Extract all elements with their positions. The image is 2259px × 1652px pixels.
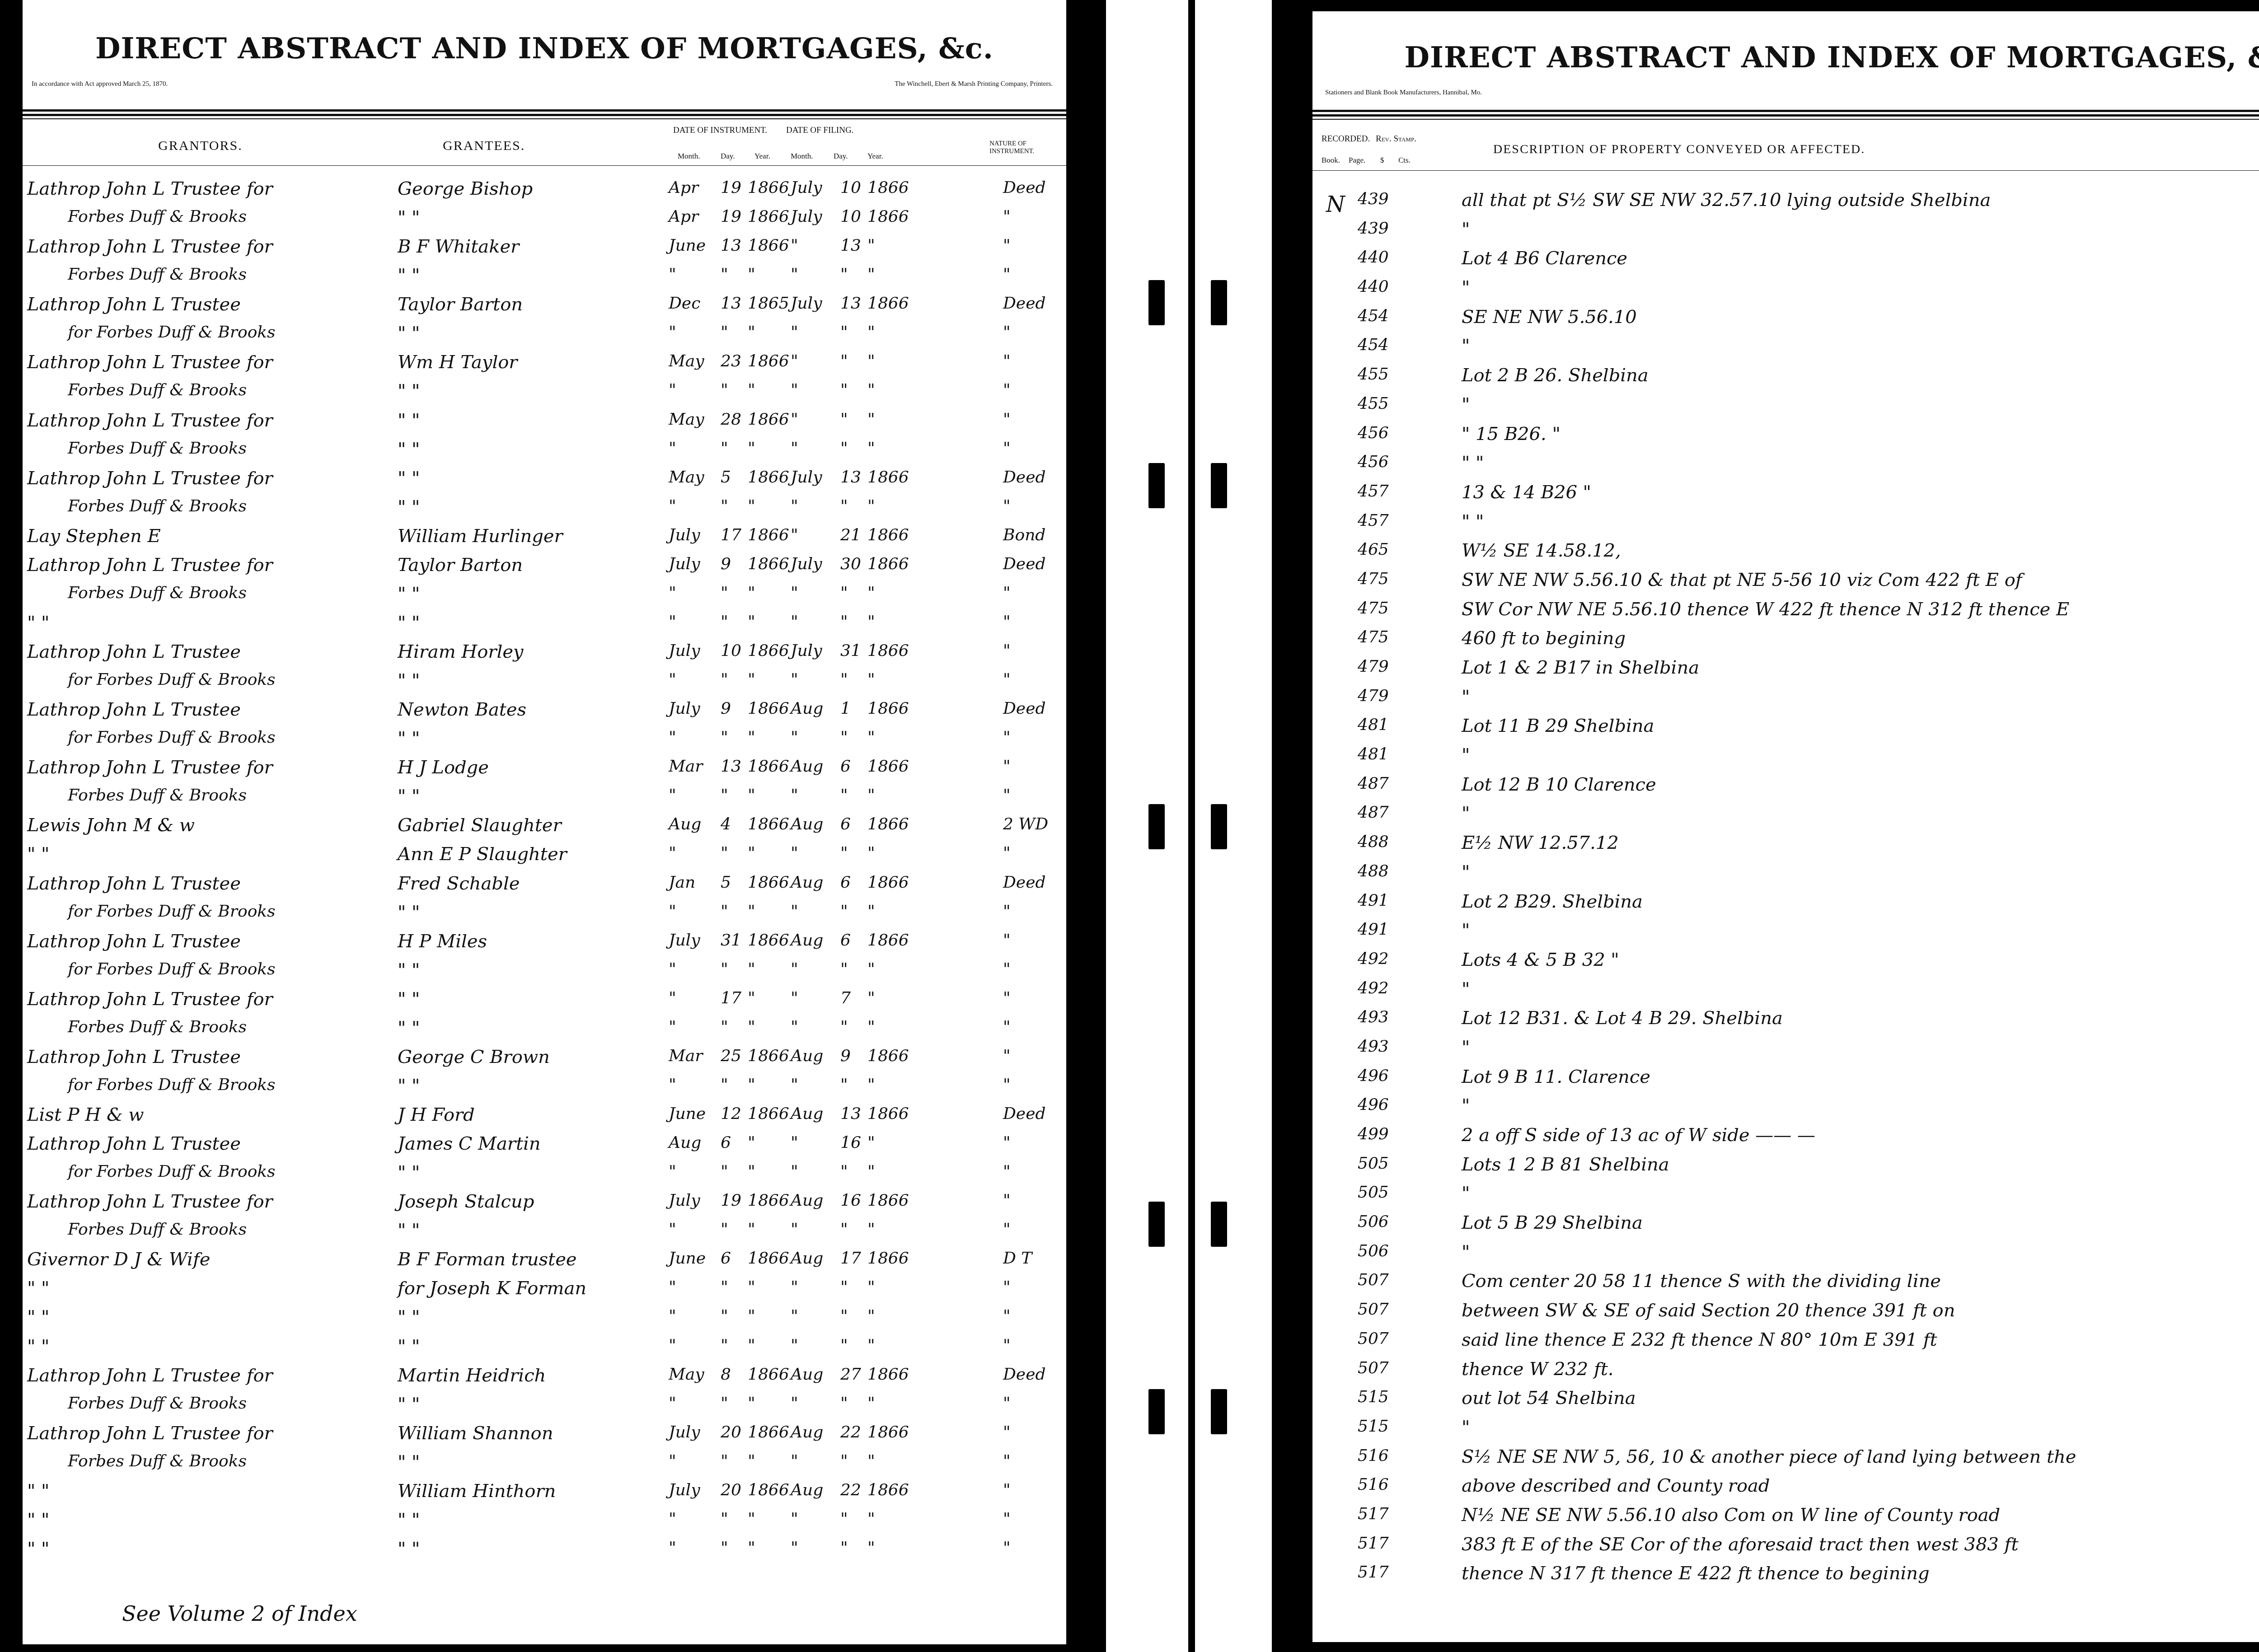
grantee-name: George C Brown [398, 1047, 550, 1067]
filing-month: " [791, 381, 798, 399]
instrument-month: " [669, 1307, 676, 1325]
record-page-number: 487 [1358, 803, 1389, 822]
grantee-name: " " [398, 439, 420, 460]
grantor-name: Forbes Duff & Brooks [68, 1220, 247, 1239]
record-page-number: 475 [1358, 628, 1389, 646]
record-page-number: 496 [1358, 1067, 1389, 1085]
property-description: Lot 1 & 2 B17 in Shelbina [1462, 657, 1699, 678]
filing-month: " [791, 1307, 798, 1325]
grantee-name: " " [398, 381, 420, 402]
instrument-year: " [748, 1510, 755, 1528]
filing-month: " [791, 410, 798, 429]
property-description: " [1462, 1037, 1470, 1058]
filing-year: " [867, 1307, 875, 1325]
instrument-nature: " [1003, 236, 1011, 255]
instrument-month: June [669, 1104, 706, 1123]
instrument-nature: " [1003, 1481, 1011, 1499]
property-description: 2 a off S side of 13 ac of W side —— — [1462, 1125, 1815, 1146]
grantee-name: William Hurlinger [398, 526, 563, 547]
record-page-number: 475 [1358, 599, 1389, 618]
instrument-nature: Deed [1003, 178, 1046, 197]
filing-day: 31 [840, 641, 861, 660]
record-page-number: 465 [1358, 540, 1389, 559]
instrument-year: " [748, 1394, 755, 1413]
grantee-name: " " [398, 1510, 420, 1530]
record-page-number: 507 [1358, 1271, 1389, 1289]
grantor-name: " " [27, 1278, 50, 1299]
instrument-nature: D T [1003, 1249, 1032, 1268]
filing-month: " [791, 265, 798, 284]
grantor-name: for Forbes Duff & Brooks [68, 728, 276, 747]
property-description: " [1462, 219, 1470, 240]
grantee-name: " " [398, 1394, 420, 1415]
record-page-number: 507 [1358, 1300, 1389, 1319]
filing-month: July [791, 207, 822, 226]
filing-month: " [791, 497, 798, 515]
instrument-month: " [669, 786, 676, 805]
record-page-number: 454 [1358, 307, 1389, 325]
instrument-month: May [669, 410, 704, 429]
filing-day: 27 [840, 1365, 861, 1384]
instrument-day: " [721, 728, 728, 747]
instrument-month: July [669, 555, 700, 573]
property-description: Lot 5 B 29 Shelbina [1462, 1212, 1643, 1233]
instrument-nature: " [1003, 786, 1011, 805]
filing-day: " [840, 844, 848, 862]
instrument-year: " [748, 1336, 755, 1355]
grantor-name: Lay Stephen E [27, 526, 161, 547]
record-page-number: 481 [1358, 745, 1389, 763]
instrument-month: " [669, 844, 676, 862]
record-page-number: 492 [1358, 979, 1389, 997]
instrument-day: " [721, 1394, 728, 1413]
grantor-name: Forbes Duff & Brooks [68, 1018, 247, 1036]
instrument-day: " [721, 902, 728, 921]
filing-day: " [840, 1162, 848, 1181]
record-page-number: 456 [1358, 424, 1389, 442]
property-description: " [1462, 1183, 1470, 1204]
grantor-name: Lathrop John L Trustee for [27, 1191, 273, 1212]
instrument-year: 1866 [748, 468, 789, 487]
filing-day: 22 [840, 1423, 861, 1441]
instrument-day: " [721, 323, 728, 342]
filing-year: " [867, 323, 875, 342]
grantor-name: for Forbes Duff & Brooks [68, 902, 276, 921]
grantor-name: Lathrop John L Trustee for [27, 555, 273, 576]
instrument-nature: " [1003, 1307, 1011, 1325]
grantor-name: List P H & w [27, 1104, 144, 1125]
column-header-page: Page. [1349, 156, 1365, 165]
instrument-day: " [721, 439, 728, 458]
filing-day: 22 [840, 1481, 861, 1499]
instrument-month: July [669, 641, 700, 660]
grantee-name: B F Forman trustee [398, 1249, 577, 1270]
property-description: Lots 1 2 B 81 Shelbina [1462, 1154, 1669, 1175]
grantee-name: " " [398, 584, 420, 604]
grantor-name: Lathrop John L Trustee for [27, 352, 273, 373]
grantee-name: " " [398, 1336, 420, 1357]
filing-month: Aug [791, 757, 823, 776]
record-page-number: 515 [1358, 1388, 1389, 1406]
instrument-month: July [669, 526, 700, 544]
instrument-day: " [721, 670, 728, 689]
instrument-month: May [669, 1365, 704, 1384]
binding-hole [1148, 1202, 1165, 1247]
instrument-year: " [748, 323, 755, 342]
instrument-month: " [669, 728, 676, 747]
imprint-printer: The Winchell, Ebert & Marsh Printing Com… [895, 80, 1053, 88]
instrument-day: 8 [721, 1365, 731, 1384]
grantee-name: " " [398, 1452, 420, 1473]
column-header-recorded: RECORDED. [1322, 134, 1370, 144]
grantor-name: " " [27, 1336, 50, 1357]
filing-day: " [840, 439, 848, 458]
record-page-number: 507 [1358, 1359, 1389, 1377]
grantee-name: " " [398, 323, 420, 344]
property-description: SW Cor NW NE 5.56.10 thence W 422 ft the… [1462, 599, 2069, 620]
instrument-day: " [721, 960, 728, 978]
grantee-name: " " [398, 1162, 420, 1183]
instrument-day: " [721, 584, 728, 602]
instrument-year: " [748, 584, 755, 602]
grantor-name: Lathrop John L Trustee for [27, 178, 273, 199]
column-header-date-instrument: DATE OF INSTRUMENT. [673, 126, 767, 136]
filing-day: " [840, 352, 848, 370]
filing-day: 30 [840, 555, 861, 573]
instrument-day: " [721, 1452, 728, 1470]
record-page-number: 439 [1358, 190, 1389, 208]
column-header-nature: NATURE OF INSTRUMENT. [989, 140, 1066, 155]
instrument-month: July [669, 1481, 700, 1499]
instrument-day: 13 [721, 757, 741, 776]
instrument-nature: Deed [1003, 555, 1046, 573]
filing-month: " [791, 1162, 798, 1181]
instrument-nature: " [1003, 1423, 1011, 1441]
filing-day: 13 [840, 294, 861, 313]
grantee-name: Martin Heidrich [398, 1365, 546, 1386]
instrument-nature: " [1003, 1394, 1011, 1413]
left-ledger-page: DIRECT ABSTRACT AND INDEX OF MORTGAGES, … [23, 0, 1066, 1644]
filing-month: " [791, 352, 798, 370]
instrument-month: " [669, 323, 676, 342]
record-page-number: 516 [1358, 1475, 1389, 1494]
property-description: " [1462, 277, 1470, 298]
header-rule [1312, 170, 2259, 171]
record-page-number: 491 [1358, 891, 1389, 910]
instrument-month: " [669, 1076, 676, 1094]
filing-day: 6 [840, 815, 851, 833]
filing-day: 6 [840, 873, 851, 892]
property-description: between SW & SE of said Section 20 thenc… [1462, 1300, 1955, 1321]
grantee-name: " " [398, 468, 420, 489]
instrument-nature: " [1003, 439, 1011, 458]
filing-month: " [791, 439, 798, 458]
column-header-month: Month. [791, 152, 813, 161]
instrument-month: " [669, 1162, 676, 1181]
instrument-day: " [721, 1018, 728, 1036]
grantor-name: Lathrop John L Trustee for [27, 410, 273, 431]
grantee-name: " " [398, 902, 420, 923]
grantee-name: Fred Schable [398, 873, 520, 894]
instrument-day: 9 [721, 699, 731, 718]
binding-hole [1211, 1389, 1227, 1434]
filing-year: " [867, 1394, 875, 1413]
filing-day: 13 [840, 236, 861, 255]
instrument-day: 19 [721, 207, 741, 226]
filing-day: " [840, 1076, 848, 1094]
instrument-month: " [669, 1394, 676, 1413]
grantee-name: " " [398, 497, 420, 518]
instrument-month: Apr [669, 207, 698, 226]
filing-year: " [867, 381, 875, 399]
instrument-year: " [748, 1018, 755, 1036]
record-page-number: 506 [1358, 1242, 1389, 1260]
instrument-day: " [721, 1510, 728, 1528]
filing-year: " [867, 786, 875, 805]
record-page-number: 517 [1358, 1563, 1389, 1582]
instrument-day: 23 [721, 352, 741, 370]
instrument-month: " [669, 960, 676, 978]
instrument-day: " [721, 497, 728, 515]
grantee-name: " " [398, 728, 420, 749]
binding-hole [1211, 1202, 1227, 1247]
grantor-name: Lathrop John L Trustee [27, 699, 241, 720]
record-page-number: 456 [1358, 453, 1389, 471]
record-page-number: 481 [1358, 716, 1389, 734]
filing-month: Aug [791, 1423, 823, 1441]
column-header-day: Day. [721, 152, 735, 161]
filing-year: 1866 [867, 178, 909, 197]
grantee-name: James C Martin [398, 1133, 541, 1154]
property-description: Lot 11 B 29 Shelbina [1462, 716, 1654, 736]
grantee-name: " " [398, 1220, 420, 1241]
filing-day: " [840, 1336, 848, 1355]
column-header-cents: Cts. [1398, 156, 1411, 165]
record-page-number: 440 [1358, 248, 1389, 267]
instrument-year: " [748, 265, 755, 284]
instrument-nature: " [1003, 613, 1011, 631]
grantor-name: Forbes Duff & Brooks [68, 207, 247, 226]
instrument-day: 31 [721, 931, 741, 950]
instrument-month: " [669, 381, 676, 399]
column-header-grantees: GRANTEES. [443, 138, 525, 154]
filing-month: July [791, 178, 822, 197]
grantor-name: Lathrop John L Trustee [27, 294, 241, 315]
filing-day: " [840, 1307, 848, 1325]
instrument-year: " [748, 989, 755, 1007]
grantor-name: for Forbes Duff & Brooks [68, 1162, 276, 1181]
filing-year: 1866 [867, 757, 909, 776]
instrument-day: " [721, 1076, 728, 1094]
record-page-number: 505 [1358, 1154, 1389, 1173]
instrument-month: " [669, 497, 676, 515]
instrument-day: 17 [721, 989, 741, 1007]
filing-year: " [867, 1220, 875, 1239]
grantee-name: " " [398, 207, 420, 228]
filing-year: " [867, 410, 875, 429]
instrument-day: 13 [721, 294, 741, 313]
property-description: " [1462, 394, 1470, 415]
filing-year: " [867, 1510, 875, 1528]
instrument-year: " [748, 613, 755, 631]
property-description: out lot 54 Shelbina [1462, 1388, 1636, 1409]
filing-year: " [867, 1133, 875, 1152]
grantor-name: " " [27, 613, 50, 633]
instrument-nature: Deed [1003, 1104, 1046, 1123]
instrument-year: 1866 [748, 815, 789, 833]
instrument-year: " [748, 902, 755, 921]
grantor-name: Lathrop John L Trustee for [27, 236, 273, 257]
instrument-day: " [721, 1539, 728, 1557]
right-ledger-page: DIRECT ABSTRACT AND INDEX OF MORTGAGES, … [1312, 11, 2259, 1642]
grantee-name: Wm H Taylor [398, 352, 517, 373]
record-page-number: 455 [1358, 365, 1389, 384]
filing-day: 21 [840, 526, 861, 544]
column-header-date-filing: DATE OF FILING. [786, 126, 853, 136]
filing-day: 17 [840, 1249, 861, 1268]
instrument-day: 20 [721, 1481, 741, 1499]
filing-day: 13 [840, 1104, 861, 1123]
property-description: " [1462, 1095, 1470, 1116]
instrument-nature: " [1003, 1278, 1011, 1296]
instrument-day: 5 [721, 468, 731, 487]
property-description: " [1462, 1242, 1470, 1263]
filing-year: 1866 [867, 555, 909, 573]
record-page-number: 517 [1358, 1534, 1389, 1553]
grantee-name: William Shannon [398, 1423, 553, 1444]
instrument-nature: Deed [1003, 468, 1046, 487]
grantor-name: " " [27, 1539, 50, 1559]
filing-year: " [867, 1452, 875, 1470]
filing-day: " [840, 584, 848, 602]
filing-year: " [867, 584, 875, 602]
property-description: Lot 4 B6 Clarence [1462, 248, 1627, 269]
binding-hole [1148, 804, 1165, 849]
grantor-name: for Forbes Duff & Brooks [68, 323, 276, 342]
property-description: 460 ft to begining [1462, 628, 1626, 649]
instrument-day: 6 [721, 1249, 731, 1268]
record-page-number: 499 [1358, 1125, 1389, 1143]
record-page-number: 517 [1358, 1505, 1389, 1523]
record-page-number: 492 [1358, 950, 1389, 968]
grantee-name: Taylor Barton [398, 294, 523, 315]
filing-month: July [791, 468, 822, 487]
filing-month: " [791, 584, 798, 602]
grantor-name: Lathrop John L Trustee for [27, 468, 273, 489]
instrument-nature: " [1003, 931, 1011, 950]
property-description: Com center 20 58 11 thence S with the di… [1462, 1271, 1941, 1292]
instrument-day: 20 [721, 1423, 741, 1441]
filing-month: " [791, 728, 798, 747]
instrument-nature: " [1003, 1510, 1011, 1528]
instrument-nature: Bond [1003, 526, 1045, 544]
grantor-name: Lathrop John L Trustee [27, 641, 241, 662]
filing-month: " [791, 844, 798, 862]
instrument-day: " [721, 265, 728, 284]
filing-year: 1866 [867, 1047, 909, 1065]
filing-day: 16 [840, 1133, 861, 1152]
instrument-year: 1866 [748, 352, 789, 370]
filing-day: " [840, 902, 848, 921]
filing-month: " [791, 1394, 798, 1413]
filing-month: " [791, 1133, 798, 1152]
instrument-nature: " [1003, 1047, 1011, 1065]
property-description: thence W 232 ft. [1462, 1359, 1614, 1380]
filing-day: " [840, 1510, 848, 1528]
grantor-name: Forbes Duff & Brooks [68, 439, 247, 458]
filing-year: 1866 [867, 873, 909, 892]
grantee-name: B F Whitaker [398, 236, 519, 257]
instrument-nature: " [1003, 381, 1011, 399]
property-description: 383 ft E of the SE Cor of the aforesaid … [1462, 1534, 2018, 1555]
filing-month: " [791, 670, 798, 689]
instrument-nature: " [1003, 670, 1011, 689]
filing-month: July [791, 641, 822, 660]
filing-year: " [867, 902, 875, 921]
property-description: SE NE NW 5.56.10 [1462, 307, 1637, 328]
grantor-name: for Forbes Duff & Brooks [68, 670, 276, 689]
property-description: Lot 2 B29. Shelbina [1462, 891, 1643, 912]
record-page-number: 479 [1358, 687, 1389, 705]
instrument-nature: " [1003, 207, 1011, 226]
instrument-nature: " [1003, 1452, 1011, 1470]
filing-year: 1866 [867, 1481, 909, 1499]
filing-day: 16 [840, 1191, 861, 1210]
filing-month: " [791, 989, 798, 1007]
instrument-nature: " [1003, 410, 1011, 429]
instrument-month: July [669, 1191, 700, 1210]
instrument-month: July [669, 1423, 700, 1441]
filing-day: 10 [840, 178, 861, 197]
record-page-number: 505 [1358, 1183, 1389, 1202]
property-description: SW NE NW 5.56.10 & that pt NE 5-56 10 vi… [1462, 570, 2022, 590]
filing-month: " [791, 960, 798, 978]
binding-hole [1211, 280, 1227, 325]
grantee-name: Ann E P Slaughter [398, 844, 567, 865]
instrument-month: Dec [669, 294, 700, 313]
filing-day: " [840, 786, 848, 805]
grantee-name: " " [398, 989, 420, 1010]
header-rule [23, 118, 1066, 119]
instrument-month: " [669, 670, 676, 689]
record-page-number: 491 [1358, 920, 1389, 939]
filing-day: " [840, 1394, 848, 1413]
instrument-day: " [721, 844, 728, 862]
filing-month: Aug [791, 1047, 823, 1065]
header-rule [1312, 119, 2259, 120]
instrument-day: " [721, 1307, 728, 1325]
filing-month: " [791, 1539, 798, 1557]
property-description: Lot 12 B31. & Lot 4 B 29. Shelbina [1462, 1008, 1783, 1029]
instrument-nature: " [1003, 902, 1011, 921]
grantee-name: " " [398, 786, 420, 807]
instrument-year: 1866 [748, 873, 789, 892]
grantor-name: Givernor D J & Wife [27, 1249, 210, 1270]
instrument-month: Mar [669, 757, 703, 776]
filing-month: Aug [791, 931, 823, 950]
instrument-year: " [748, 1452, 755, 1470]
filing-month: Aug [791, 1365, 823, 1384]
filing-year: 1866 [867, 1104, 909, 1123]
instrument-day: 25 [721, 1047, 741, 1065]
grantor-name: for Forbes Duff & Brooks [68, 1076, 276, 1094]
grantee-name: George Bishop [398, 178, 533, 199]
grantor-name: Lathrop John L Trustee [27, 1047, 241, 1067]
grantee-name: Gabriel Slaughter [398, 815, 562, 836]
grantee-name: " " [398, 1076, 420, 1096]
binding-gutter-right [1195, 0, 1272, 1652]
instrument-day: " [721, 1336, 728, 1355]
